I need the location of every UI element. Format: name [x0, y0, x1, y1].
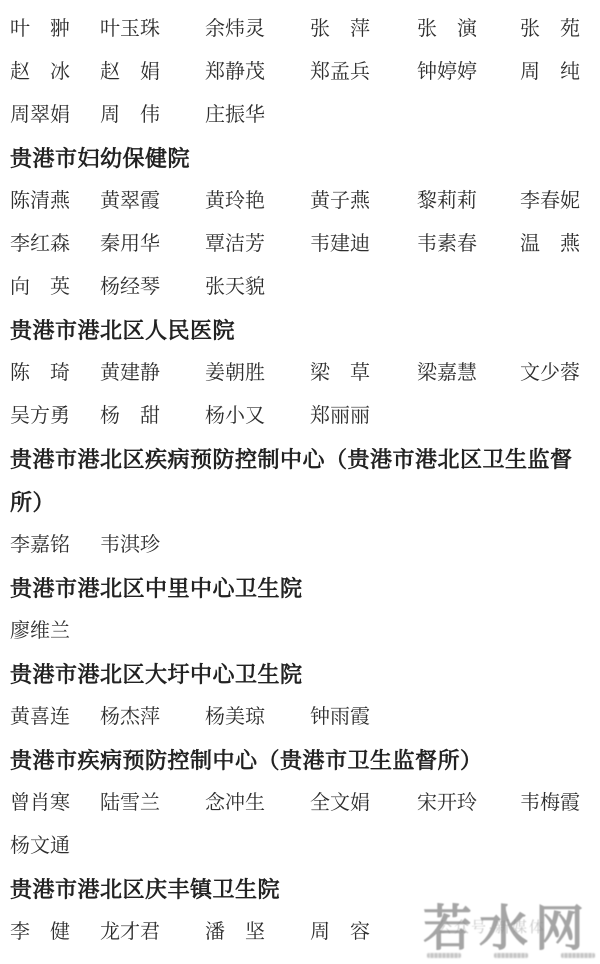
person-name: 覃洁芳: [205, 223, 265, 266]
person-name: 赵 冰: [10, 51, 70, 94]
person-name: 杨 甜: [100, 395, 160, 438]
person-name: 张 苑: [520, 8, 580, 51]
person-name: 张天貌: [205, 266, 265, 309]
person-name: 温 燕: [520, 223, 580, 266]
names-grid: 曾肖寒陆雪兰念冲生全文娟宋开玲韦梅霞杨文通: [10, 782, 592, 868]
person-name: 黎莉莉: [417, 180, 477, 223]
person-name: 李红森: [10, 223, 70, 266]
person-name: 陈 琦: [10, 352, 70, 395]
section-heading: 贵港市妇幼保健院: [10, 137, 592, 180]
person-name: 余炜灵: [205, 8, 265, 51]
person-name: 陆雪兰: [100, 782, 160, 825]
person-name: 姜朝胜: [205, 352, 265, 395]
person-name: 张 演: [417, 8, 477, 51]
person-name: 郑孟兵: [310, 51, 370, 94]
section-heading: 贵港市港北区疾病预防控制中心（贵港市港北区卫生监督所）: [10, 438, 592, 524]
person-name: 郑静茂: [205, 51, 265, 94]
person-name: 李嘉铭: [10, 524, 70, 567]
person-name: 钟婷婷: [417, 51, 477, 94]
person-name: 潘 坚: [205, 911, 265, 954]
person-name: 念冲生: [205, 782, 265, 825]
person-name: 周 容: [310, 911, 370, 954]
person-name: 吴方勇: [10, 395, 70, 438]
person-name: 梁嘉慧: [417, 352, 477, 395]
person-name: 杨杰萍: [100, 696, 160, 739]
person-name: 黄建静: [100, 352, 160, 395]
person-name: 廖维兰: [10, 610, 70, 653]
person-name: 李 健: [10, 911, 70, 954]
person-name: 全文娟: [310, 782, 370, 825]
person-name: 梁 草: [310, 352, 370, 395]
person-name: 李春妮: [520, 180, 580, 223]
person-name: 宋开玲: [417, 782, 477, 825]
person-name: 赵 娟: [100, 51, 160, 94]
person-name: 黄喜连: [10, 696, 70, 739]
person-name: 韦淇珍: [100, 524, 160, 567]
person-name: 叶玉珠: [100, 8, 160, 51]
person-name: 杨美琼: [205, 696, 265, 739]
names-grid: 叶 翀叶玉珠余炜灵张 萍张 演张 苑赵 冰赵 娟郑静茂郑孟兵钟婷婷周 纯周翠娟周…: [10, 8, 592, 137]
person-name: 杨小又: [205, 395, 265, 438]
document-page: 叶 翀叶玉珠余炜灵张 萍张 演张 苑赵 冰赵 娟郑静茂郑孟兵钟婷婷周 纯周翠娟周…: [0, 0, 600, 964]
section-heading: 贵港市港北区人民医院: [10, 309, 592, 352]
person-name: 钟雨霞: [310, 696, 370, 739]
names-grid: 李 健龙才君潘 坚周 容: [10, 911, 592, 954]
person-name: 黄玲艳: [205, 180, 265, 223]
person-name: 周翠娟: [10, 94, 70, 137]
person-name: 叶 翀: [10, 8, 70, 51]
person-name: 张 萍: [310, 8, 370, 51]
names-grid: 陈清燕黄翠霞黄玲艳黄子燕黎莉莉李春妮李红森秦用华覃洁芳韦建迪韦素春温 燕向 英杨…: [10, 180, 592, 309]
person-name: 龙才君: [100, 911, 160, 954]
names-grid: 黄喜连杨杰萍杨美琼钟雨霞: [10, 696, 592, 739]
person-name: 黄子燕: [310, 180, 370, 223]
person-name: 黄翠霞: [100, 180, 160, 223]
section-heading: 贵港市港北区大圩中心卫生院: [10, 653, 592, 696]
person-name: 文少蓉: [520, 352, 580, 395]
section-heading: 贵港市港北区庆丰镇卫生院: [10, 868, 592, 911]
person-name: 郑丽丽: [310, 395, 370, 438]
names-grid: 廖维兰: [10, 610, 592, 653]
person-name: 韦梅霞: [520, 782, 580, 825]
person-name: 周 伟: [100, 94, 160, 137]
person-name: 杨经琴: [100, 266, 160, 309]
person-name: 杨文通: [10, 825, 70, 868]
names-grid: 陈 琦黄建静姜朝胜梁 草梁嘉慧文少蓉吴方勇杨 甜杨小又郑丽丽: [10, 352, 592, 438]
person-name: 韦素春: [417, 223, 477, 266]
section-heading: 贵港市疾病预防控制中心（贵港市卫生监督所）: [10, 739, 592, 782]
person-name: 周 纯: [520, 51, 580, 94]
person-name: 曾肖寒: [10, 782, 70, 825]
person-name: 陈清燕: [10, 180, 70, 223]
person-name: 韦建迪: [310, 223, 370, 266]
section-heading: 贵港市港北区中里中心卫生院: [10, 567, 592, 610]
person-name: 庄振华: [205, 94, 265, 137]
person-name: 秦用华: [100, 223, 160, 266]
names-grid: 李嘉铭韦淇珍: [10, 524, 592, 567]
person-name: 向 英: [10, 266, 70, 309]
name-roster: 叶 翀叶玉珠余炜灵张 萍张 演张 苑赵 冰赵 娟郑静茂郑孟兵钟婷婷周 纯周翠娟周…: [0, 0, 600, 954]
